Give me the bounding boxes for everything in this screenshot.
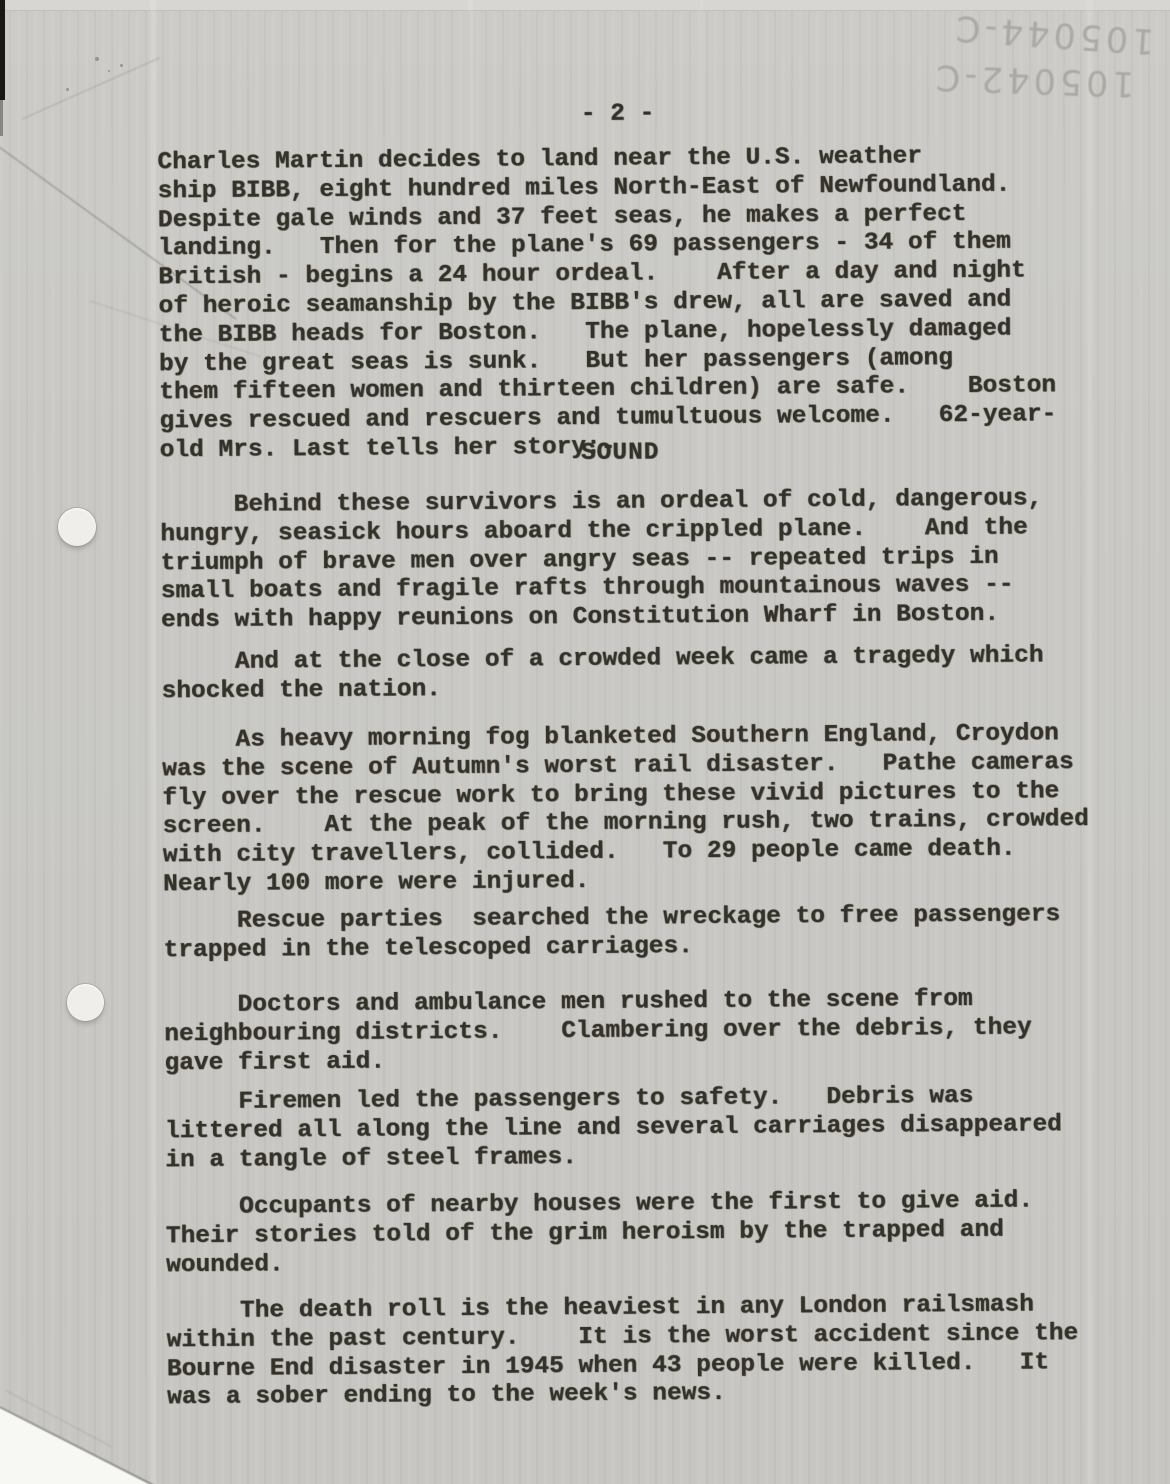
- text-line: ends with happy reunions on Constitution…: [161, 601, 1043, 637]
- paragraph-rescue-parties: Rescue parties searched the wreckage to …: [163, 901, 1060, 966]
- page-number: - 2 -: [0, 96, 1165, 134]
- paragraph-occupants: Occupants of nearby houses were the firs…: [166, 1187, 1034, 1280]
- paragraph-croydon-crash: As heavy morning fog blanketed Southern …: [162, 720, 1090, 900]
- text-line: Nearly 100 more were injured.: [163, 864, 1089, 900]
- paragraph-rescue-intro: Charles Martin decides to land near the …: [157, 142, 1056, 466]
- text-line: shocked the nation.: [161, 671, 1043, 707]
- scanned-document-page: 105044-C 105042-C - 2 - Charles Martin d…: [0, 0, 1170, 1484]
- paragraph-firemen: Firemen led the passengers to safety. De…: [165, 1082, 1063, 1175]
- text-line: in a tangle of steel frames.: [165, 1140, 1062, 1176]
- hole-punch-upper: [58, 508, 96, 546]
- paragraph-doctors: Doctors and ambulance men rushed to the …: [164, 986, 1032, 1079]
- text-line: was a sober ending to the week's news.: [167, 1378, 1079, 1414]
- paragraph-survivors: Behind these survivors is an ordeal of c…: [160, 485, 1043, 636]
- text-line: gave first aid.: [164, 1043, 1032, 1079]
- typed-text-layer: - 2 - Charles Martin decides to land nea…: [0, 0, 1170, 1484]
- paragraph-death-roll: The death roll is the heaviest in any Lo…: [166, 1291, 1078, 1413]
- hole-punch-lower: [67, 984, 104, 1021]
- paragraph-tragedy: And at the close of a crowded week came …: [161, 642, 1044, 707]
- text-line: trapped in the telescoped carriages.: [164, 930, 1061, 966]
